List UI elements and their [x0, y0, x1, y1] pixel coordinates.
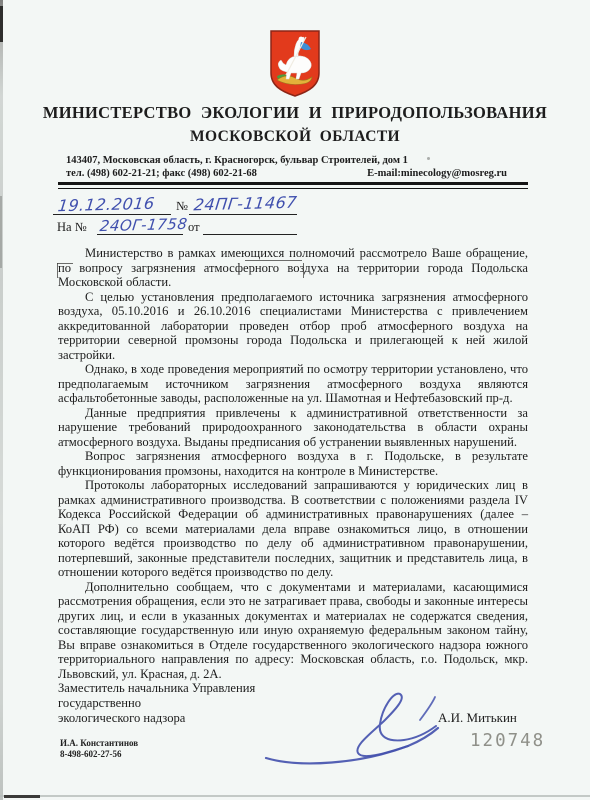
- from-label: от: [188, 220, 200, 235]
- number-symbol: №: [176, 199, 188, 214]
- paragraph-3: Однако, в ходе проведения мероприятий по…: [58, 362, 528, 406]
- coat-of-arms-icon: [268, 29, 322, 98]
- signer-name: А.И. Митькин: [438, 710, 517, 726]
- signature-scribble: [260, 690, 450, 775]
- signer-position-line2: государственно: [58, 696, 255, 711]
- scan-edge-bottom-dark-mark: [4, 795, 40, 798]
- signer-position-block: Заместитель начальника Управления госуда…: [58, 681, 255, 727]
- scan-edge-bottom: [0, 795, 590, 797]
- letterhead-rule-thick: [58, 182, 528, 185]
- scan-edge-left-dark-mark: [0, 6, 3, 42]
- paragraph-7: Дополнительно сообщаем, что с документам…: [58, 580, 528, 682]
- ministry-title-line2: МОСКОВСКОЙ ОБЛАСТИ: [0, 128, 590, 146]
- pen-bracket-mark-side: [57, 263, 58, 278]
- executor-phone: 8-498-602-27-56: [60, 749, 138, 760]
- signer-position-line1: Заместитель начальника Управления: [58, 681, 255, 696]
- signer-position-line3: экологического надзора: [58, 711, 255, 726]
- registration-stamp-number: 120748: [470, 731, 545, 751]
- paragraph-2: С целью установления предполагаемого ист…: [58, 290, 528, 363]
- ministry-title-line1: МИНИСТЕРСТВО ЭКОЛОГИИ И ПРИРОДОПОЛЬЗОВАН…: [0, 103, 590, 123]
- scanned-letter-page: МИНИСТЕРСТВО ЭКОЛОГИИ И ПРИРОДОПОЛЬЗОВАН…: [0, 0, 590, 800]
- executor-block: И.А. Константинов 8-498-602-27-56: [60, 738, 138, 760]
- number-underline: [189, 214, 297, 215]
- letter-body: Министерство в рамках имеющихся полномоч…: [58, 246, 528, 681]
- scan-speckle: [427, 157, 430, 160]
- paragraph-1: Министерство в рамках имеющихся полномоч…: [58, 246, 528, 290]
- pen-tick-mark: [303, 263, 304, 278]
- from-date-underline: [203, 234, 297, 235]
- executor-name: И.А. Константинов: [60, 738, 138, 749]
- handwritten-incoming-number: 24ОГ-1758: [99, 215, 189, 235]
- pen-bracket-mark-top: [57, 263, 73, 264]
- paragraph-5: Вопрос загрязнения атмосферного воздуха …: [58, 449, 528, 478]
- ministry-address: 143407, Московская область, г. Красногор…: [66, 155, 408, 166]
- paragraph-4: Данные предприятия привлечены к админист…: [58, 406, 528, 450]
- handwritten-date: 19.12.2016: [57, 194, 156, 216]
- paragraph-6: Протоколы лабораторных исследований запр…: [58, 478, 528, 580]
- handwritten-outgoing-number: 24ПГ-11467: [193, 193, 298, 215]
- pen-underline-mark: [245, 260, 302, 261]
- scan-edge-left-mid-mark: [0, 196, 2, 268]
- letterhead-rule-thin: [58, 188, 528, 189]
- ministry-phone-fax: тел. (498) 602-21-21; факс (498) 602-21-…: [66, 168, 257, 179]
- ministry-email: E-mail:minecology@mosreg.ru: [367, 168, 507, 179]
- on-number-label: На №: [57, 220, 87, 235]
